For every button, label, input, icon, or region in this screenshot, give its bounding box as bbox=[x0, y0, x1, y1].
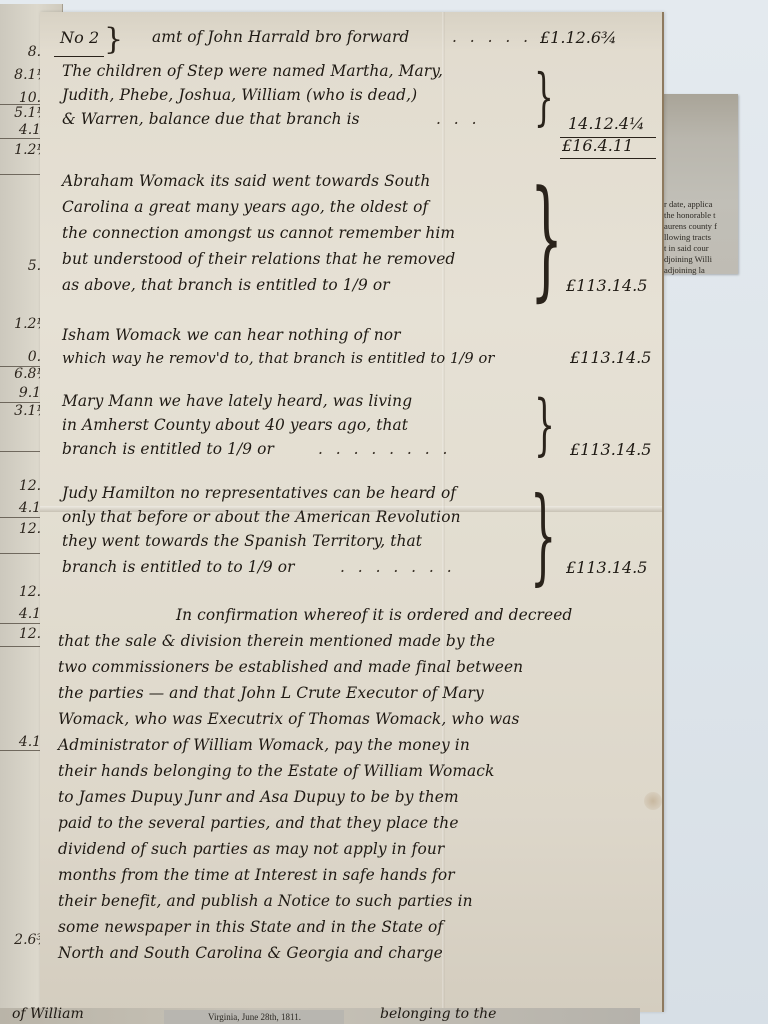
brace-icon: } bbox=[104, 22, 123, 57]
entry-amount: 14.12.4¼ bbox=[568, 114, 645, 133]
leader-dots: . . . . . . . . bbox=[318, 440, 451, 458]
underlying-handwriting: belonging to the bbox=[380, 1006, 496, 1022]
decree-line: months from the time at Interest in safe… bbox=[58, 866, 455, 884]
entry-line: Mary Mann we have lately heard, was livi… bbox=[62, 392, 412, 410]
clipping-line: aurens county f bbox=[664, 221, 738, 232]
entry-line: Isham Womack we can hear nothing of nor bbox=[62, 326, 401, 344]
entry-line: Judy Hamilton no representatives can be … bbox=[62, 484, 456, 502]
decree-line: that the sale & division therein mention… bbox=[58, 632, 495, 650]
brace-icon: } bbox=[530, 474, 556, 596]
clipping-line: djoining Willi bbox=[664, 254, 738, 265]
entry-amount: £113.14.5 bbox=[566, 276, 647, 295]
clipping-line: t in said cour bbox=[664, 243, 738, 254]
clipping-text: r date, applica the honorable t aurens c… bbox=[664, 199, 738, 276]
clipping-line: llowing tracts bbox=[664, 232, 738, 243]
leader-dots: . . . . . . . bbox=[340, 558, 456, 576]
brace-icon: } bbox=[534, 386, 555, 463]
clipping-line: the honorable t bbox=[664, 210, 738, 221]
entry-line: branch is entitled to 1/9 or bbox=[62, 440, 274, 458]
decree-line: North and South Carolina & Georgia and c… bbox=[58, 944, 443, 962]
entry-line: in Amherst County about 40 years ago, th… bbox=[62, 416, 408, 434]
entry-line: the connection amongst us cannot remembe… bbox=[62, 224, 455, 242]
entry-line: only that before or about the American R… bbox=[62, 508, 461, 526]
entry-line: Judith, Phebe, Joshua, William (who is d… bbox=[62, 86, 417, 104]
leader-dots: . . . bbox=[436, 110, 480, 128]
decree-line: Womack, who was Executrix of Thomas Woma… bbox=[58, 710, 520, 728]
entry-amount: £113.14.5 bbox=[570, 440, 651, 459]
brace-icon: } bbox=[534, 60, 554, 133]
stain bbox=[644, 792, 662, 810]
decree-line: some newspaper in this State and in the … bbox=[58, 918, 443, 936]
entry-total: £16.4.11 bbox=[562, 136, 633, 155]
newspaper-dateline: Virginia, June 28th, 1811. bbox=[164, 1010, 344, 1024]
decree-line: the parties — and that John L Crute Exec… bbox=[58, 684, 484, 702]
decree-line: their benefit, and publish a Notice to s… bbox=[58, 892, 473, 910]
entry-line: as above, that branch is entitled to 1/9… bbox=[62, 276, 390, 294]
clipping-line: r date, applica bbox=[664, 199, 738, 210]
entry-line: Carolina a great many years ago, the old… bbox=[62, 198, 428, 216]
entry-line: branch is entitled to to 1/9 or bbox=[62, 558, 295, 576]
decree-line: In confirmation whereof it is ordered an… bbox=[176, 606, 572, 624]
carried-forward-text: amt of John Harrald bro forward bbox=[152, 28, 409, 46]
brace-icon: } bbox=[530, 162, 563, 314]
entry-line: they went towards the Spanish Territory,… bbox=[62, 532, 422, 550]
leader-dots: . . . . . bbox=[452, 28, 532, 46]
newspaper-clipping: r date, applica the honorable t aurens c… bbox=[662, 94, 738, 274]
entry-line: which way he remov'd to, that branch is … bbox=[62, 350, 495, 367]
decree-line: two commissioners be established and mad… bbox=[58, 658, 523, 676]
carried-forward-amount: £1.12.6¾ bbox=[540, 28, 617, 47]
manuscript-page: No 2 } amt of John Harrald bro forward .… bbox=[40, 12, 664, 1012]
entry-line: & Warren, balance due that branch is bbox=[62, 110, 360, 128]
sum-rule bbox=[560, 158, 656, 159]
decree-line: their hands belonging to the Estate of W… bbox=[58, 762, 494, 780]
entry-line: but understood of their relations that h… bbox=[62, 250, 455, 268]
clipping-line: adjoining la bbox=[664, 265, 738, 276]
decree-line: Administrator of William Womack, pay the… bbox=[58, 736, 470, 754]
decree-line: paid to the several parties, and that th… bbox=[58, 814, 459, 832]
underlying-handwriting: of William bbox=[12, 1006, 84, 1022]
entry-line: Abraham Womack its said went towards Sou… bbox=[62, 172, 430, 190]
header-underline bbox=[54, 56, 104, 57]
entry-line: The children of Step were named Martha, … bbox=[62, 62, 443, 80]
page-number-label: No 2 bbox=[60, 28, 99, 47]
entry-amount: £113.14.5 bbox=[570, 348, 651, 367]
decree-line: to James Dupuy Junr and Asa Dupuy to be … bbox=[58, 788, 459, 806]
decree-line: dividend of such parties as may not appl… bbox=[58, 840, 444, 858]
entry-amount: £113.14.5 bbox=[566, 558, 647, 577]
